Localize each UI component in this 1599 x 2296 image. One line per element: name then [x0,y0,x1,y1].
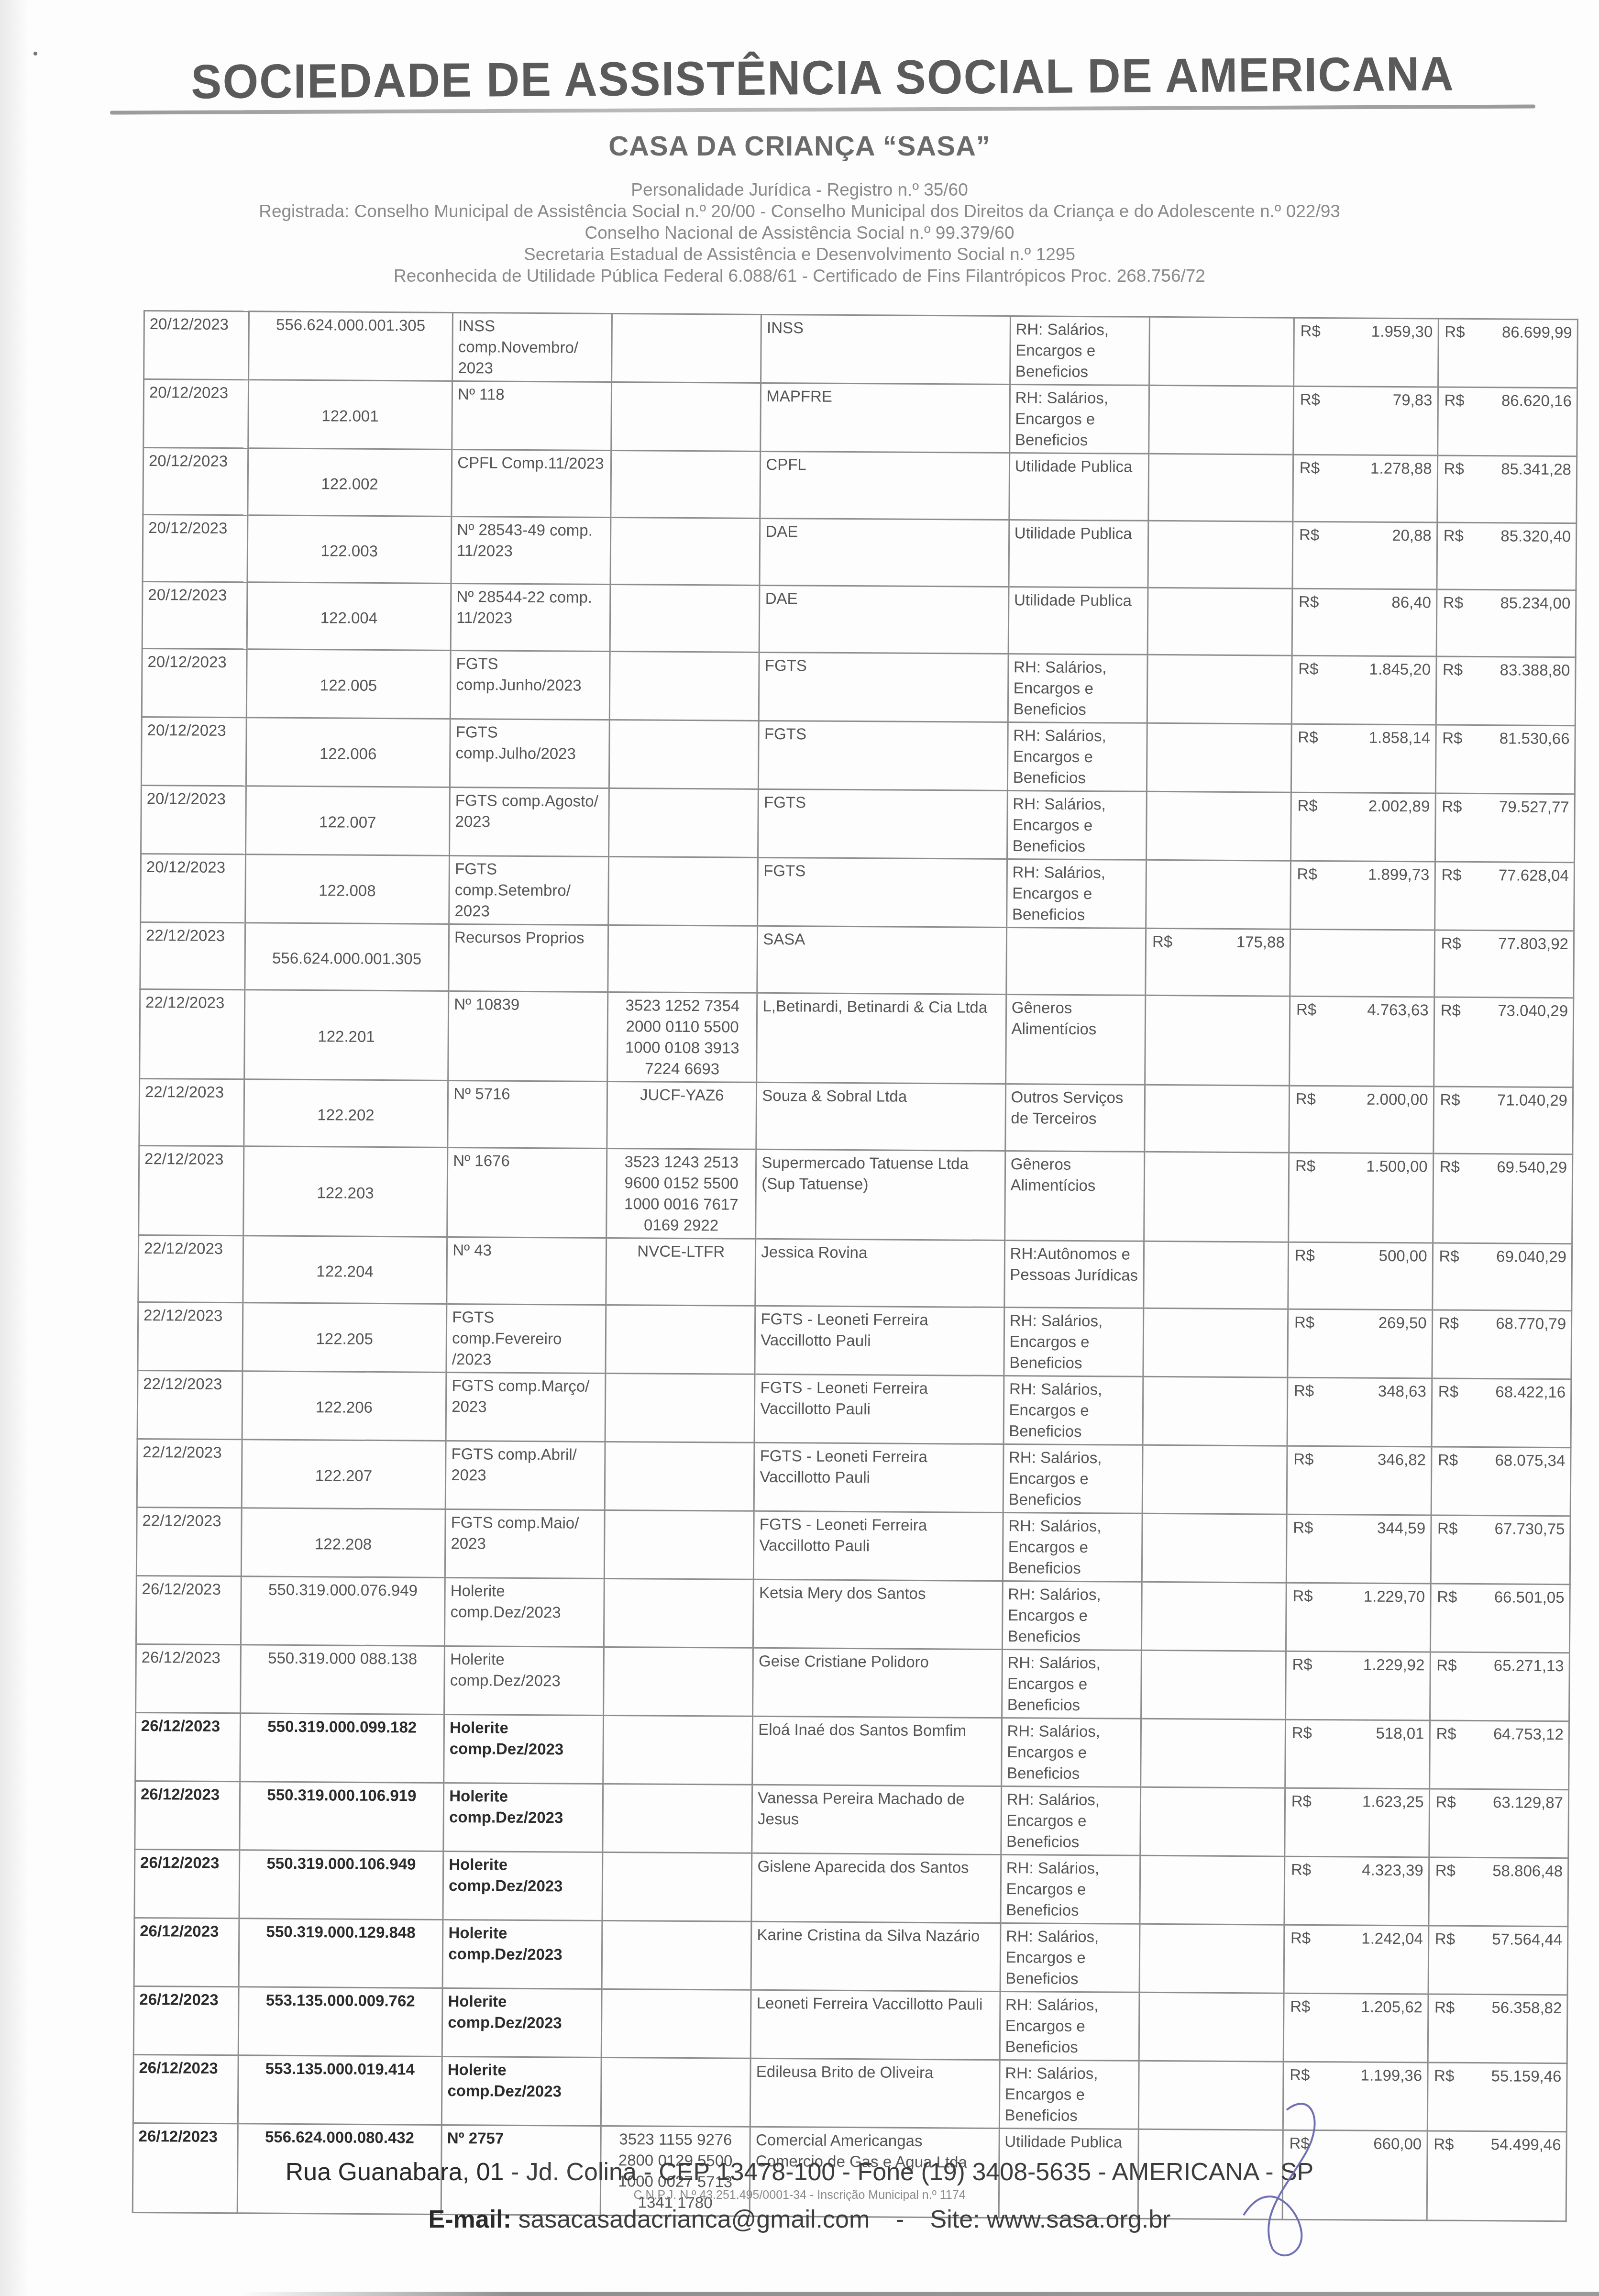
debit-cell: R$2.002,89 [1290,792,1435,862]
category-cell: RH: Salários, Encargos e Beneficios [1004,1308,1144,1377]
credit-cell [1143,1308,1288,1377]
currency-symbol: R$ [1296,1088,1316,1109]
table-row: 22/12/2023 122.203 Nº 1676 3523 1243 251… [139,1145,1573,1243]
credit-cell [1147,654,1292,724]
registration-line: Secretaria Estadual de Assistência e Des… [0,244,1599,265]
access-key-cell [601,1989,751,2058]
credit-cell [1144,1241,1289,1309]
table-row: 20/12/2023 122.004 Nº 28544-22 comp. 11/… [142,581,1576,657]
table-row: 20/12/2023 556.624.000.001.305 INSS comp… [144,311,1578,388]
table-row: 22/12/2023 122.205 FGTS comp.Fevereiro /… [138,1302,1572,1379]
document-number-cell: 550.319.000.106.919 [239,1782,444,1852]
document-number-cell: 122.202 [243,1079,448,1148]
currency-symbol: R$ [1437,1586,1457,1608]
credit-cell [1144,1152,1289,1242]
document-number-cell: 122.005 [246,649,451,719]
balance-cell: R$71.040,29 [1433,1087,1573,1154]
table-row: 20/12/2023 122.005 FGTS comp.Junho/2023 … [142,648,1576,725]
currency-symbol: R$ [1437,1518,1457,1539]
supplier-cell: SASA [757,926,1006,994]
debit-cell: R$86,40 [1292,588,1437,656]
category-cell: RH: Salários, Encargos e Beneficios [1002,1650,1141,1719]
currency-symbol: R$ [1294,1380,1314,1401]
description-cell: Nº 28544-22 comp. 11/2023 [451,583,610,651]
currency-symbol: R$ [1152,931,1172,952]
document-number-cell: 556.624.000.001.305 [248,311,453,381]
access-key-cell [601,2057,751,2127]
balance-cell: R$68.075,34 [1431,1447,1571,1516]
currency-symbol: R$ [1434,2134,1454,2155]
street: Rua Guanabara, 01 [286,2158,504,2186]
description-cell: FGTS comp.Agosto/ 2023 [450,787,609,856]
credit-cell [1141,1650,1286,1719]
balance-cell: R$68.770,79 [1432,1310,1572,1379]
credit-cell [1147,723,1291,792]
supplier-cell: Supermercado Tatuense Ltda (Sup Tatuense… [756,1149,1005,1240]
balance-cell: R$85.320,40 [1437,522,1577,590]
currency-symbol: R$ [1444,525,1464,546]
description-cell: FGTS comp.Fevereiro /2023 [446,1304,606,1373]
description-cell: FGTS comp.Julho/2023 [450,719,610,788]
description-cell: Nº 10839 [448,991,608,1081]
supplier-cell: FGTS - Leoneti Ferreira Vaccillotto Paul… [754,1374,1004,1444]
document-number-cell: 122.203 [243,1146,448,1237]
category-cell: RH: Salários, Encargos e Beneficios [1000,1992,1139,2061]
currency-symbol: R$ [1442,728,1462,749]
access-key-cell: JUCF-YAZ6 [607,1081,757,1149]
debit-cell: R$1.845,20 [1291,655,1436,725]
category-cell: RH: Salários, Encargos e Beneficios [1008,654,1147,723]
balance-cell: R$77.803,92 [1434,930,1574,998]
currency-symbol: R$ [1300,321,1320,342]
currency-symbol: R$ [1441,933,1461,954]
debit-cell: R$2.000,00 [1289,1086,1434,1154]
currency-symbol: R$ [1440,1089,1460,1110]
supplier-cell: FGTS - Leoneti Ferreira Vaccillotto Paul… [754,1511,1003,1581]
access-key-cell: 3523 1252 7354 2000 0110 5500 1000 0108 … [607,992,757,1082]
currency-symbol: R$ [1291,1791,1312,1812]
currency-symbol: R$ [1435,1929,1455,1950]
document-number-cell: 553.135.000.019.414 [238,2055,442,2125]
table-row: 20/12/2023 122.006 FGTS comp.Julho/2023 … [141,717,1575,794]
supplier-cell: Jessica Rovina [755,1239,1004,1307]
table-row: 20/12/2023 122.002 CPFL Comp.11/2023 CPF… [143,448,1577,523]
category-cell: RH: Salários, Encargos e Beneficios [1002,1581,1142,1651]
category-cell: RH: Salários, Encargos e Beneficios [1001,1855,1140,1924]
credit-cell [1148,521,1293,588]
page-bottom-edge [239,2292,1599,2296]
description-cell: Holerite comp.Dez/2023 [442,1988,602,2057]
date-cell: 20/12/2023 [141,854,245,922]
credit-value [1151,998,1284,999]
supplier-cell: Leoneti Ferreira Vaccillotto Pauli [751,1990,1000,2060]
category-cell: RH: Salários, Encargos e Beneficios [1007,722,1147,792]
debit-cell: R$1.205,62 [1283,1993,1428,2063]
credit-value [1145,1995,1279,1996]
debit-cell: R$269,50 [1288,1309,1433,1378]
balance-cell: R$67.730,75 [1431,1515,1570,1585]
currency-symbol: R$ [1290,1928,1311,1949]
table-row: 20/12/2023 122.008 FGTS comp.Setembro/ 2… [141,854,1575,931]
currency-symbol: R$ [1434,2065,1454,2086]
currency-symbol: R$ [1444,458,1464,479]
currency-symbol: R$ [1297,864,1317,885]
currency-symbol: R$ [1435,1860,1456,1881]
balance-cell: R$86.699,99 [1438,319,1577,388]
credit-value [1145,2063,1278,2064]
registration-line: Personalidade Jurídica - Registro n.º 35… [0,179,1599,200]
debit-cell: R$1.858,14 [1291,724,1436,793]
organization-subtitle: CASA DA CRIANÇA “SASA” [0,130,1599,162]
credit-value [1153,726,1286,727]
credit-cell [1142,1513,1287,1583]
table-row: 22/12/2023 122.206 FGTS comp.Março/ 2023… [137,1370,1571,1447]
description-cell: Nº 1676 [447,1147,607,1238]
table-row: 26/12/2023 553.135.000.009.762 Holerite … [133,1986,1567,2063]
description-cell: FGTS comp.Abril/ 2023 [445,1441,605,1510]
currency-symbol: R$ [1292,1654,1312,1675]
debit-cell: R$1.242,04 [1284,1925,1429,1994]
debit-cell: R$1.278,88 [1293,455,1438,522]
credit-value [1154,456,1288,457]
debit-cell: R$1.959,30 [1293,318,1438,387]
credit-value [1155,320,1289,321]
category-cell: Utilidade Publica [1009,453,1149,521]
access-key-cell [604,1647,753,1716]
registration-line: Reconhecida de Utilidade Pública Federal… [0,265,1599,287]
currency-symbol: R$ [1439,1313,1459,1334]
currency-symbol: R$ [1295,1155,1315,1176]
credit-cell [1139,1924,1284,1993]
balance-cell: R$79.527,77 [1435,793,1575,863]
debit-cell: R$4.763,63 [1289,996,1434,1087]
date-cell: 26/12/2023 [134,1849,239,1918]
document-number-cell: 122.006 [246,718,451,788]
footer-contact: E-mail: sasacasadacrianca@gmail.com - Si… [0,2205,1599,2234]
supplier-cell: Gislene Aparecida dos Santos [751,1853,1001,1923]
credit-cell [1141,1582,1286,1651]
debit-value [1296,932,1429,933]
access-key-cell [603,1784,752,1853]
debit-cell: R$4.323,39 [1284,1856,1429,1926]
address-details: - Jd. Colina - CEP 13478-100 - Fone (19)… [504,2158,1314,2186]
credit-cell [1139,1992,1284,2062]
credit-value [1154,523,1287,524]
balance-cell: R$85.341,28 [1437,455,1577,523]
date-cell: 26/12/2023 [136,1575,241,1644]
debit-cell [1290,929,1435,997]
currency-symbol: R$ [1290,2064,1310,2085]
date-cell: 22/12/2023 [140,989,245,1079]
credit-value [1153,657,1287,658]
debit-cell: R$1.500,00 [1288,1153,1433,1243]
document-number-cell: 122.207 [242,1440,446,1509]
credit-value [1148,1379,1282,1380]
currency-symbol: R$ [1441,865,1461,886]
document-number-cell: 122.208 [241,1508,446,1578]
access-key-cell [608,856,758,926]
signature-icon [1215,2091,1358,2263]
ledger-body: 20/12/2023 556.624.000.001.305 INSS comp… [132,311,1577,2221]
description-cell: Nº 43 [447,1237,607,1305]
credit-value [1146,1790,1279,1791]
access-key-cell [610,517,760,585]
date-cell: 22/12/2023 [137,1370,242,1439]
debit-cell: R$344,59 [1286,1514,1431,1584]
date-cell: 22/12/2023 [139,1078,244,1146]
balance-cell: R$77.628,04 [1434,862,1574,931]
category-cell: RH: Salários, Encargos e Beneficios [1010,316,1149,386]
supplier-cell: CPFL [760,451,1009,520]
balance-cell: R$69.540,29 [1433,1154,1573,1244]
supplier-cell: FGTS - Leoneti Ferreira Vaccillotto Paul… [754,1442,1004,1512]
date-cell: 26/12/2023 [135,1781,240,1850]
table-row: 22/12/2023 556.624.000.001.305 Recursos … [140,922,1574,998]
document-number-cell: 550.319.000.076.949 [241,1576,445,1646]
date-cell: 20/12/2023 [143,448,248,515]
table-row: 20/12/2023 122.003 Nº 28543-49 comp. 11/… [143,515,1577,590]
category-cell: RH:Autônomos e Pessoas Jurídicas [1004,1241,1144,1309]
debit-cell: R$1.899,73 [1290,861,1435,930]
category-cell: Gêneros Alimentícios [1004,1151,1145,1242]
supplier-cell: FGTS [758,857,1007,927]
date-cell: 22/12/2023 [139,1145,244,1235]
category-cell [1006,928,1146,996]
currency-symbol: R$ [1293,1449,1313,1470]
description-cell: FGTS comp.Junho/2023 [450,650,610,720]
currency-symbol: R$ [1292,1722,1312,1743]
balance-cell: R$64.753,12 [1429,1720,1569,1790]
table-row: 26/12/2023 550.319.000.129.848 Holerite … [134,1918,1568,1995]
currency-symbol: R$ [1297,795,1317,816]
supplier-cell: Edileusa Brito de Oliveira [750,2058,1000,2128]
debit-cell: R$1.623,25 [1285,1788,1430,1857]
balance-cell: R$55.159,46 [1427,2063,1567,2132]
currency-symbol: R$ [1296,999,1316,1020]
document-number-cell: 556.624.000.001.305 [244,923,449,991]
currency-symbol: R$ [1436,1655,1456,1676]
category-cell: RH: Salários, Encargos e Beneficios [1001,1786,1140,1856]
currency-symbol: R$ [1445,322,1465,343]
date-cell: 22/12/2023 [138,1302,243,1371]
organization-name: SOCIEDADE DE ASSISTÊNCIA SOCIAL DE AMERI… [110,46,1536,111]
description-cell: INSS comp.Novembro/ 2023 [452,312,612,382]
balance-cell: R$57.564,44 [1428,1926,1568,1995]
site-link[interactable]: www.sasa.org.br [987,2206,1170,2233]
currency-symbol: R$ [1436,1723,1456,1744]
debit-cell: R$348,63 [1287,1377,1432,1447]
supplier-cell: FGTS [759,721,1008,790]
currency-symbol: R$ [1443,659,1463,680]
date-cell: 22/12/2023 [137,1439,242,1508]
site-label: Site: [930,2206,980,2233]
supplier-cell: FGTS [759,652,1008,722]
date-cell: 26/12/2023 [133,1986,238,2055]
supplier-cell: DAE [760,518,1009,587]
currency-symbol: R$ [1441,1000,1461,1021]
footer: Rua Guanabara, 01 - Jd. Colina - CEP 134… [0,2158,1599,2234]
description-cell: Recursos Proprios [449,924,608,992]
document-number-cell: 122.205 [242,1303,447,1373]
debit-cell: R$518,01 [1285,1719,1430,1789]
supplier-cell: FGTS [758,789,1007,859]
credit-value [1147,1585,1281,1586]
balance-cell: R$85.234,00 [1436,589,1576,657]
description-cell: Holerite comp.Dez/2023 [443,1783,603,1852]
access-key-cell: 3523 1243 2513 9600 0152 5500 1000 0016 … [607,1148,756,1239]
credit-cell [1146,860,1291,929]
date-cell: 20/12/2023 [143,379,248,448]
credit-value [1147,1721,1280,1722]
category-cell: RH: Salários, Encargos e Beneficios [1000,1923,1140,1993]
supplier-cell: Eloá Inaé dos Santos Bomfim [752,1716,1002,1786]
currency-symbol: R$ [1435,1792,1456,1813]
supplier-cell: Geise Cristiane Polidoro [753,1648,1002,1718]
document-number-cell: 122.004 [247,582,452,651]
description-cell: CPFL Comp.11/2023 [452,449,611,517]
description-cell: Holerite comp.Dez/2023 [443,1851,603,1920]
description-cell: Nº 5716 [448,1080,607,1148]
currency-symbol: R$ [1438,1381,1458,1402]
date-cell: 26/12/2023 [135,1712,240,1781]
balance-cell: R$66.501,05 [1430,1584,1570,1653]
document-number-cell: 122.001 [248,380,452,450]
date-cell: 20/12/2023 [141,717,246,786]
credit-value [1150,1154,1283,1155]
registration-line: Registrada: Conselho Municipal de Assist… [0,200,1599,222]
credit-value [1149,1244,1283,1245]
category-cell: Gêneros Alimentícios [1005,995,1146,1085]
balance-cell: R$86.620,16 [1437,387,1577,456]
currency-symbol: R$ [1298,658,1318,679]
supplier-cell: L,Betinardi, Betinardi & Cia Ltda [757,993,1006,1084]
access-key-cell [605,1442,754,1511]
currency-symbol: R$ [1291,1859,1311,1880]
access-key-cell [603,1715,753,1785]
description-cell: Nº 28543-49 comp. 11/2023 [451,516,611,584]
balance-cell: R$81.530,66 [1435,725,1575,794]
access-key-cell [610,584,760,652]
date-cell: 20/12/2023 [141,785,246,854]
scan-shadow [0,0,29,2296]
credit-cell [1140,1787,1285,1856]
description-cell: FGTS comp.Maio/ 2023 [445,1509,605,1578]
table-row: 22/12/2023 122.202 Nº 5716 JUCF-YAZ6 Sou… [139,1078,1573,1154]
credit-value [1152,863,1285,864]
currency-symbol: R$ [1292,1586,1312,1607]
access-key-cell [605,1373,755,1442]
credit-cell: R$175,88 [1146,928,1290,996]
document-number-cell: 550.319.000 088.138 [240,1645,445,1715]
category-cell: RH: Salários, Encargos e Beneficios [999,2060,1139,2130]
balance-cell: R$73.040,29 [1434,997,1574,1087]
credit-cell [1143,1376,1288,1446]
supplier-cell: MAPFRE [761,383,1010,453]
credit-cell [1140,1855,1285,1925]
document-number-cell: 122.007 [245,786,450,856]
credit-cell [1148,454,1293,521]
credit-cell [1149,385,1294,455]
currency-symbol: R$ [1299,524,1319,545]
credit-value [1146,1858,1279,1859]
credit-value [1148,1448,1282,1449]
currency-symbol: R$ [1442,796,1462,817]
currency-symbol: R$ [1290,1996,1310,2017]
date-cell: 22/12/2023 [136,1507,241,1576]
date-cell: 22/12/2023 [140,922,245,989]
email-link[interactable]: sasacasadacrianca@gmail.com [518,2206,870,2233]
balance-cell: R$65.271,13 [1430,1652,1569,1721]
access-key-cell [604,1578,754,1648]
document-number-cell: 122.204 [243,1236,447,1304]
access-key-cell [606,1305,755,1374]
date-cell: 26/12/2023 [133,2054,238,2123]
credit-cell [1142,1445,1287,1514]
date-cell: 20/12/2023 [142,648,246,717]
description-cell: Holerite comp.Dez/2023 [442,2056,602,2126]
description-cell: Holerite comp.Dez/2023 [444,1646,604,1715]
table-row: 26/12/2023 550.319.000.106.919 Holerite … [135,1781,1569,1858]
ledger-table: 20/12/2023 556.624.000.001.305 INSS comp… [132,310,1578,2222]
currency-symbol: R$ [1294,1312,1314,1333]
scan-artifact-dot [33,52,37,55]
category-cell: RH: Salários, Encargos e Beneficios [1001,1718,1141,1787]
document-number-cell: 550.319.000.106.949 [239,1850,443,1920]
access-key-cell [602,1920,751,1990]
category-cell: RH: Salários, Encargos e Beneficios [1009,385,1149,454]
credit-value [1155,388,1288,389]
credit-cell [1145,1085,1290,1153]
table-row: 22/12/2023 122.204 Nº 43 NVCE-LTFR Jessi… [138,1235,1572,1310]
contact-separator: - [896,2206,904,2233]
document-number-cell: 122.201 [244,990,449,1081]
category-cell: Utilidade Publica [1008,587,1148,655]
supplier-cell: Ketsia Mery dos Santos [753,1579,1003,1649]
supplier-cell: INSS [761,314,1010,384]
table-row: 22/12/2023 122.208 FGTS comp.Maio/ 2023 … [136,1507,1570,1584]
supplier-cell: Souza & Sobral Ltda [756,1082,1005,1151]
debit-cell: R$20,88 [1292,521,1437,589]
document-number-cell: 122.002 [247,448,452,517]
supplier-cell: Karine Cristina da Silva Nazário [751,1921,1000,1991]
credit-value [1150,1087,1284,1088]
category-cell: Utilidade Publica [1009,520,1148,588]
credit-value [1147,1653,1280,1654]
balance-cell: R$56.358,82 [1428,1994,1567,2063]
table-row: 26/12/2023 550.319.000 088.138 Holerite … [136,1644,1570,1721]
access-key-cell [611,450,761,518]
table-row: 26/12/2023 550.319.000.106.949 Holerite … [134,1849,1568,1926]
email-label: E-mail: [429,2206,511,2233]
debit-cell: R$1.229,92 [1285,1651,1430,1720]
category-cell: RH: Salários, Encargos e Beneficios [1003,1513,1142,1582]
date-cell: 22/12/2023 [138,1235,243,1302]
document-number-cell: 122.206 [242,1371,447,1441]
credit-cell [1147,791,1291,861]
currency-symbol: R$ [1298,727,1318,748]
balance-cell: R$83.388,80 [1436,656,1576,726]
currency-symbol: R$ [1444,390,1464,411]
description-cell: FGTS comp.Março/ 2023 [446,1372,606,1442]
description-cell: Holerite comp.Dez/2023 [444,1714,604,1784]
currency-symbol: R$ [1434,1997,1455,2018]
currency-symbol: R$ [1300,457,1320,478]
credit-value [1152,794,1286,795]
debit-cell: R$500,00 [1288,1242,1433,1310]
table-row: 22/12/2023 122.201 Nº 10839 3523 1252 73… [140,989,1574,1087]
currency-symbol: R$ [1438,1450,1458,1471]
category-cell: RH: Salários, Encargos e Beneficios [1004,1376,1143,1445]
